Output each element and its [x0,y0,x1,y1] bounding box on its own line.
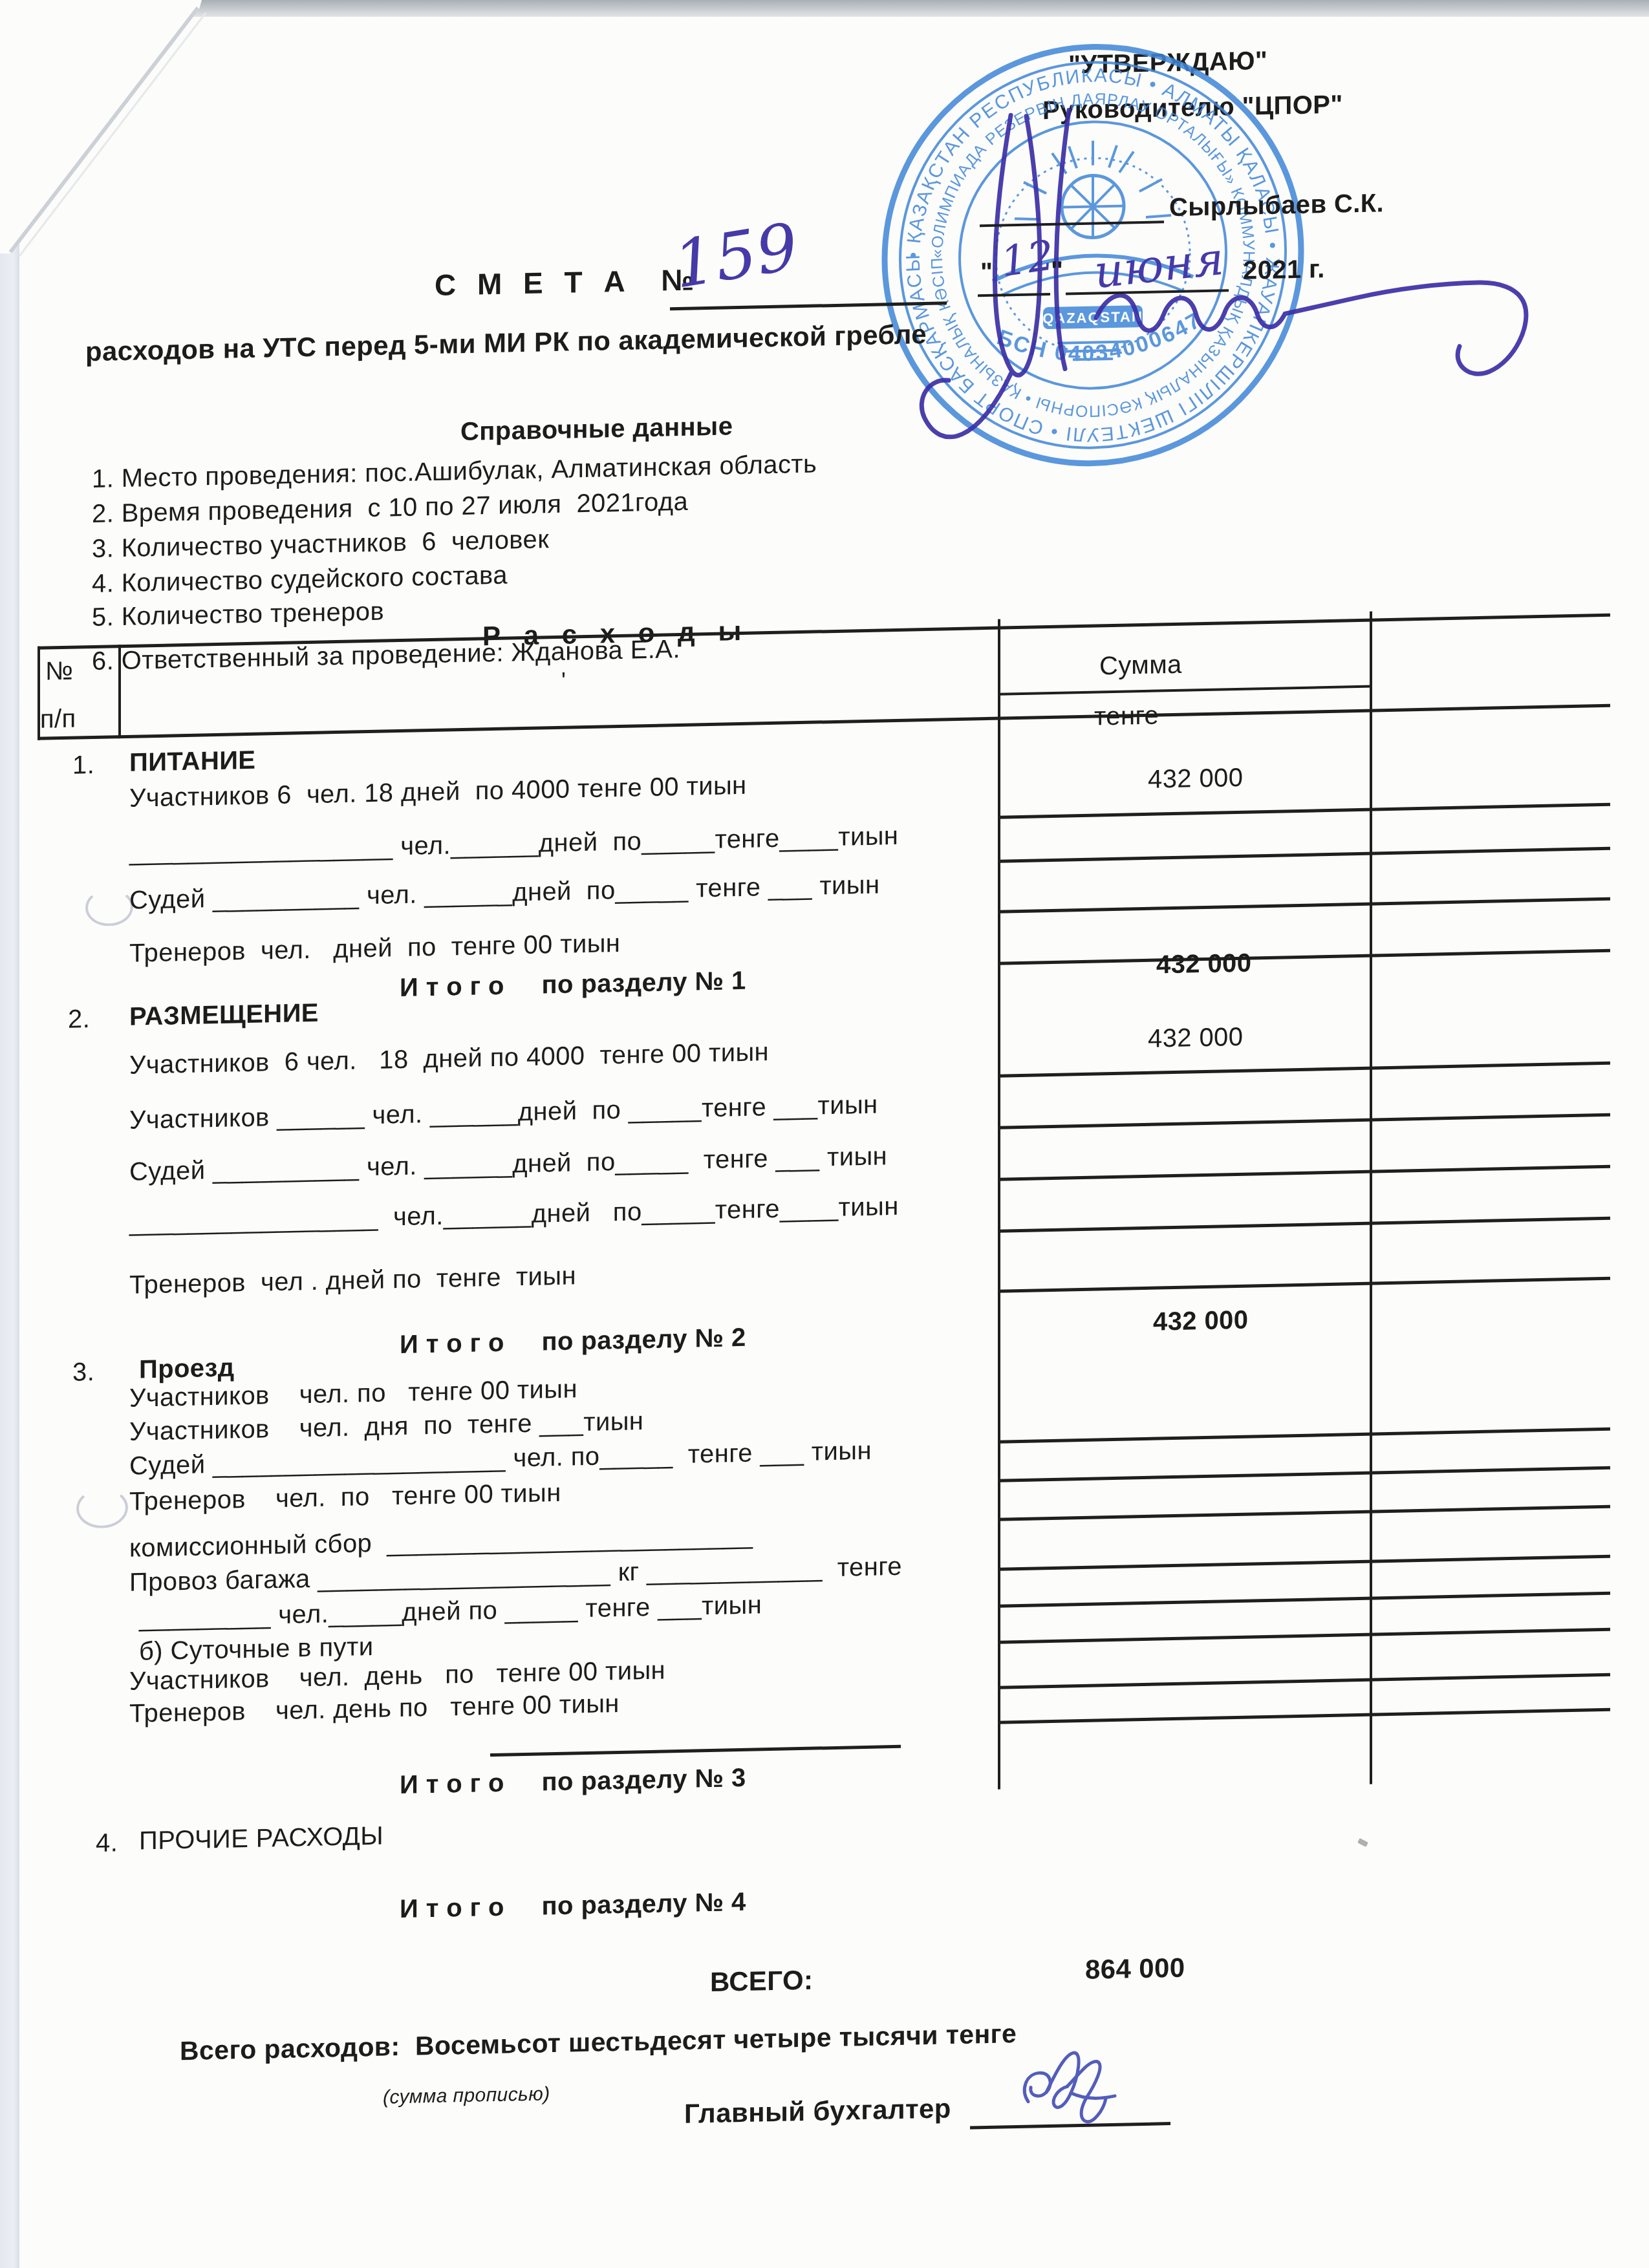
reference-item-5: 5. Количество тренеров [92,597,384,632]
sum-column-left-border [998,619,1000,1790]
row-line [998,803,1610,819]
section1-title: ПИТАНИЕ [129,745,255,778]
accountant-signature [1017,2046,1126,2132]
row-line [998,1428,1610,1444]
row-line [998,1062,1610,1078]
scanned-document: "УТВЕРЖДАЮ" Руководителю "ЦПОР" • ҚАЗАҚС… [0,0,1649,2268]
reference-item-1: 1. Место проведения: пос.Ашибулак, Алмат… [92,449,817,494]
section4-total-label: И т о г о по разделу № 4 [400,1887,746,1924]
col-header-num: № [45,656,73,687]
section1-num: 1. [72,750,94,780]
date-quote-open: " [980,257,993,287]
estimate-title: С М Е Т А № [435,262,701,303]
section2-row5: Тренеров чел . дней по тенге тиын [129,1261,576,1300]
section2-total-label: И т о г о по разделу № 2 [400,1323,746,1360]
section2-row1-sum: 432 000 [1148,1022,1243,1054]
row-line [998,1113,1610,1129]
handwritten-day: 12 [998,232,1057,287]
handwritten-estimate-number: 159 [669,209,803,303]
reference-item-4: 4. Количество судейского состава [92,561,508,599]
approver-name: Сырлыбаев С.К. [1169,188,1384,222]
section2-row3: Судей __________ чел. ______дней по_____… [129,1141,887,1187]
section1-row2: __________________ чел.______дней по____… [129,821,898,867]
section3-row2: Участников чел. дня по тенге ___тиын [129,1406,643,1447]
grand-total-value: 864 000 [1085,1952,1185,1986]
section1-row4: Тренеров чел. дней по тенге 00 тиын [129,928,620,968]
row-line [998,949,1610,965]
reference-heading: Справочные данные [460,411,733,447]
section1-row1-sum: 432 000 [1148,763,1243,795]
date-quote-close: " [1051,256,1063,286]
desc-column-mark: ' [561,667,566,694]
amount-words-note: (сумма прописью) [383,2083,550,2109]
col-header-num2: п/п [40,704,76,734]
pen-circle-mark [76,1488,128,1529]
section1-total-sum: 432 000 [1156,948,1251,979]
pen-circle-mark [85,888,133,927]
section2-num: 2. [68,1004,90,1034]
section4-num: 4. [96,1828,118,1858]
section2-row4: _________________ чел.______дней по_____… [129,1192,899,1237]
num-column-border [118,645,121,738]
section3-row4: Тренеров чел. по тенге 00 тиын [129,1478,561,1517]
row-line [998,1592,1610,1608]
row-line [998,897,1610,914]
director-signature [902,81,1555,495]
row-line [998,1505,1610,1521]
row-line [998,1217,1610,1233]
section1-row3: Судей __________ чел. ______дней по_____… [129,870,880,915]
section4-title: ПРОЧИЕ РАСХОДЫ [139,1821,383,1856]
section1-total-label: И т о г о по разделу № 1 [400,966,746,1003]
reference-item-2: 2. Время проведения с 10 по 27 июля 2021… [92,487,688,529]
row-line [998,1165,1610,1181]
reference-item-3: 3. Количество участников 6 человек [92,524,549,564]
estimate-subtitle: расходов на УТС перед 5-ми МИ РК по акад… [85,319,927,368]
row-line [998,1628,1610,1644]
row-line [998,847,1610,863]
section2-total-sum: 432 000 [1153,1305,1248,1337]
row-line [998,1673,1610,1689]
row-line [998,1466,1610,1482]
section3-total-label: И т о г о по разделу № 3 [400,1763,746,1800]
row-line [998,1708,1610,1724]
row-line [998,1277,1610,1293]
section3-num: 3. [72,1357,94,1387]
section2-title: РАЗМЕЩЕНИЕ [129,998,319,1032]
section2-row2: Участников ______ чел. ______дней по ___… [129,1090,878,1135]
col-header-currency: тенге [1094,700,1159,731]
sum-column-right-border [1370,612,1372,1784]
approval-year: 2021 г. [1243,254,1325,286]
col-header-sum: Сумма [1099,650,1182,681]
row-line [998,1555,1610,1571]
section2-row1: Участников 6 чел. 18 дней по 4000 тенге … [129,1037,769,1080]
grand-total-label: ВСЕГО: [710,1965,813,1998]
section3-total-line [490,1745,901,1757]
section3-row7: _________ чел._____дней по _____ тенге _… [139,1590,762,1632]
amount-in-words: Всего расходов: Восемьсот шестьдесят чет… [180,2018,1017,2066]
sum-header-divider [999,685,1372,696]
section3-row8: б) Суточные в пути [139,1632,373,1667]
accountant-label: Главный бухгалтер [684,2093,951,2130]
table-header-bottom-line [38,704,1610,740]
section1-row1: Участников 6 чел. 18 дней по 4000 тенге … [129,771,747,813]
section3-title: Проезд [139,1353,235,1384]
